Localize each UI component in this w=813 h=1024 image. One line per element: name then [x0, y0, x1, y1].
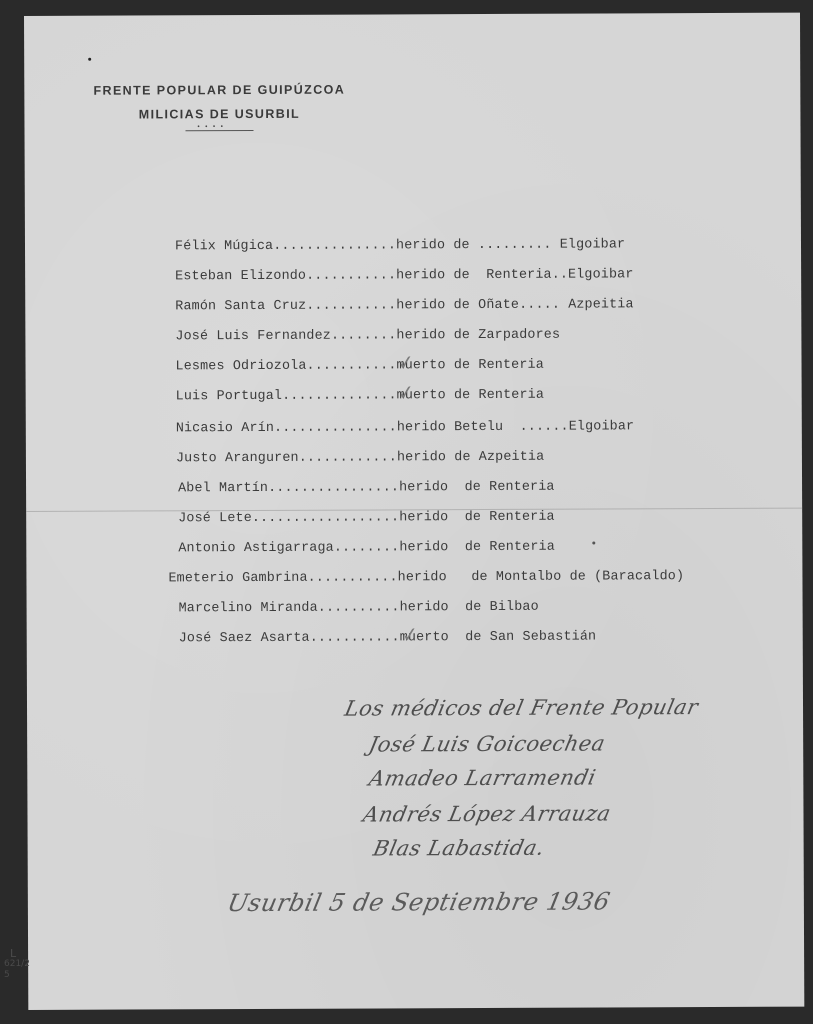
- handwritten-signature: Andrés López Arrauza: [361, 801, 613, 826]
- handwritten-signature: José Luis Goicoechea: [367, 731, 608, 756]
- list-item: Lesmes Odriozola...........muerto de Ren…: [175, 358, 543, 375]
- ink-speck: [88, 58, 91, 61]
- ink-speck: [592, 542, 595, 545]
- letterhead: FRENTE POPULAR DE GUIPÚZCOA MILICIAS DE …: [24, 82, 414, 132]
- list-item: Esteban Elizondo...........herido de Ren…: [175, 267, 633, 284]
- list-item: Ramón Santa Cruz...........herido de Oña…: [175, 297, 633, 314]
- letterhead-organization: FRENTE POPULAR DE GUIPÚZCOA: [24, 82, 414, 98]
- list-item: Justo Aranguren............herido de Azp…: [176, 450, 544, 467]
- archive-line-2: 621/2: [4, 959, 30, 970]
- handwritten-signature: Blas Labastida.: [371, 836, 547, 861]
- letterhead-unit: MILICIAS DE USURBIL: [24, 106, 414, 122]
- list-item: Emeterio Gambrina...........herido de Mo…: [168, 569, 684, 586]
- list-item: Nicasio Arín...............herido Betelu…: [176, 419, 634, 436]
- checkmark-icon: ✓: [396, 349, 415, 375]
- list-item: José Saez Asarta...........muerto de San…: [179, 630, 597, 647]
- list-item: José Lete..................herido de Ren…: [178, 510, 555, 527]
- list-item: José Luis Fernandez........herido de Zar…: [175, 328, 560, 345]
- list-item: Antonio Astigarraga........herido de Ren…: [178, 540, 555, 557]
- list-item: Félix Múgica...............herido de ...…: [175, 237, 625, 254]
- archive-line-1: L: [4, 948, 30, 959]
- checkmark-icon: ✓: [396, 379, 415, 405]
- handwritten-heading: Los médicos del Frente Popular: [343, 695, 701, 721]
- handwritten-date: Usurbil 5 de Septiembre 1936: [225, 887, 613, 917]
- list-item: Luis Portugal..............muerto de Ren…: [176, 388, 544, 405]
- archive-line-3: 5: [4, 970, 30, 981]
- archive-reference: L 621/2 5: [4, 948, 30, 981]
- document-page: FRENTE POPULAR DE GUIPÚZCOA MILICIAS DE …: [24, 13, 804, 1010]
- handwritten-signature: Amadeo Larramendi: [367, 766, 598, 791]
- checkmark-icon: ✓: [400, 621, 419, 647]
- list-item: Abel Martín................herido de Ren…: [178, 480, 555, 497]
- list-item: Marcelino Miranda..........herido de Bil…: [179, 600, 539, 617]
- letterhead-ornament: [186, 130, 254, 131]
